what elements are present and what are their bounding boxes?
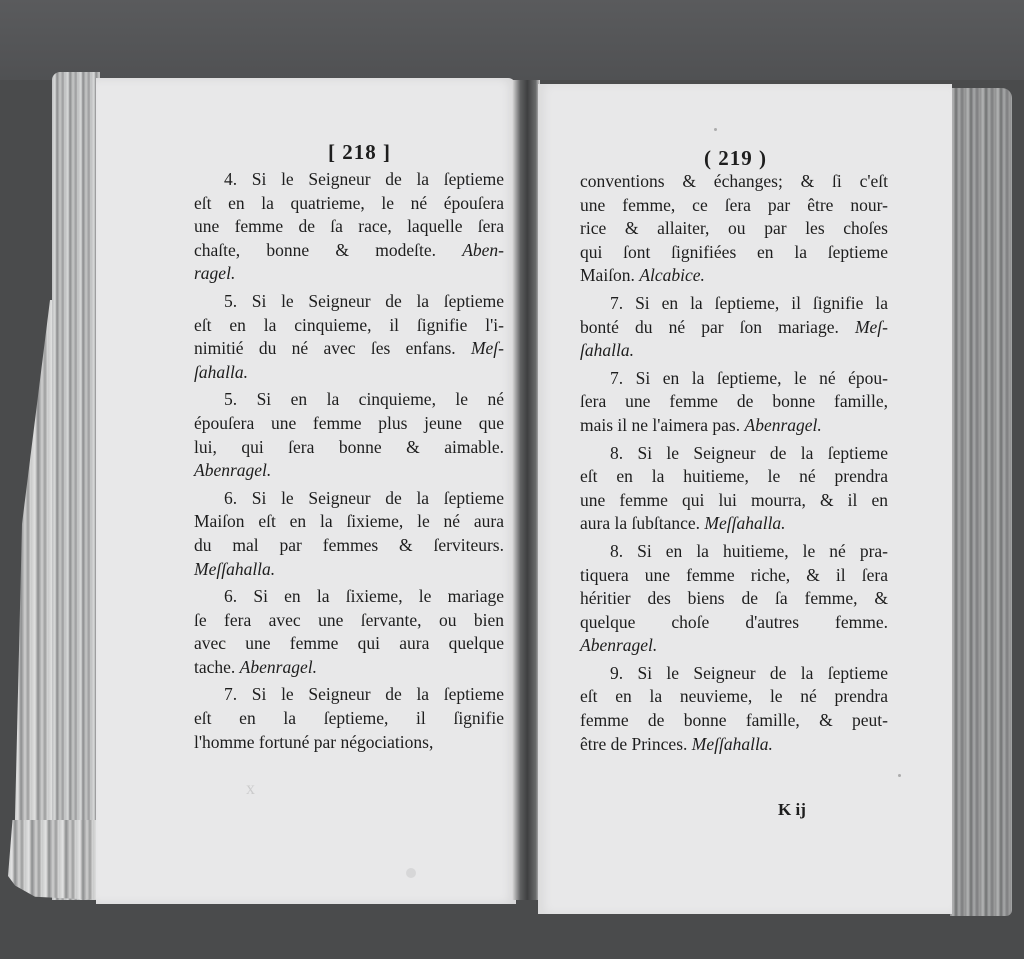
text-run: épouſera une femme plus jeune que [194,413,504,433]
text-run: une femme de ſa race, laquelle ſera [194,216,504,236]
text-line: eſt en la cinquieme, il ſignifie l'i- [194,314,504,338]
text-line: conventions & échanges; & ſi c'eſt [580,170,888,194]
book-gutter [512,80,540,900]
text-run: lui, qui ſera bonne & aimable. [194,437,504,457]
text-line: 7. Si en la ſeptieme, il ſignifie la [580,292,888,316]
author-attribution: ragel. [194,263,235,283]
text-line: 7. Si en la ſeptieme, le né épou- [580,367,888,391]
text-line: héritier des biens de ſa femme, & [580,587,888,611]
right-page-text: conventions & échanges; & ſi c'eſtune fe… [580,170,888,760]
paragraph: conventions & échanges; & ſi c'eſtune fe… [580,170,888,288]
author-attribution: ſahalla. [194,362,248,382]
author-attribution: Meſſahalla. [194,559,275,579]
left-page-text: 4. Si le Seigneur de la ſeptiemeeſt en l… [194,168,504,758]
text-run: aura la ſubſtance. [580,513,704,533]
text-line: une femme qui lui mourra, & il en [580,489,888,513]
text-line: 6. Si en la ſixieme, le mariage [194,585,504,609]
paragraph: 7. Si le Seigneur de la ſeptiemeeſt en l… [194,683,504,754]
text-run: ſe fera avec une ſervante, ou bien [194,610,504,630]
text-run: 5. Si le Seigneur de la ſeptieme [224,291,504,311]
text-line: Maiſon. Alcabice. [580,264,888,288]
author-attribution: Meſ- [471,338,504,358]
text-line: eſt en la huitieme, le né prendra [580,465,888,489]
page-number-left: [ 218 ] [328,140,391,165]
text-line: épouſera une femme plus jeune que [194,412,504,436]
text-run: nimitié du né avec ſes enfans. [194,338,471,358]
text-run: mais il ne l'aimera pas. [580,415,745,435]
text-run: avec une femme qui aura quelque [194,633,504,653]
paragraph: 8. Si le Seigneur de la ſeptiemeeſt en l… [580,442,888,536]
paragraph: 9. Si le Seigneur de la ſeptiemeeſt en l… [580,662,888,756]
author-attribution: Abenragel. [745,415,822,435]
text-line: 5. Si le Seigneur de la ſeptieme [194,290,504,314]
bleed-through-mark: x [246,778,255,799]
paragraph: 5. Si en la cinquieme, le néépouſera une… [194,388,504,482]
text-run: 7. Si en la ſeptieme, il ſignifie la [610,293,888,313]
author-attribution: Meſſahalla. [704,513,785,533]
paragraph: 8. Si en la huitieme, le né pra-tiquera … [580,540,888,658]
text-run: une femme, ce ſera par être nour- [580,195,888,215]
text-line: eſt en la neuvieme, le né prendra [580,685,888,709]
right-page-edges [950,88,1012,916]
text-line: l'homme fortuné par négociations, [194,731,504,755]
paragraph: 6. Si le Seigneur de la ſeptiemeMaiſon e… [194,487,504,581]
text-line: ſahalla. [194,361,504,385]
text-line: eſt en la quatrieme, le né épouſera [194,192,504,216]
text-line: une femme de ſa race, laquelle ſera [194,215,504,239]
text-run: 7. Si en la ſeptieme, le né épou- [610,368,888,388]
text-line: qui ſont ſignifiées en la ſeptieme [580,241,888,265]
text-line: femme de bonne famille, & peut- [580,709,888,733]
paragraph: 6. Si en la ſixieme, le mariageſe fera a… [194,585,504,679]
text-run: 5. Si en la cinquieme, le né [224,389,504,409]
text-line: lui, qui ſera bonne & aimable. [194,436,504,460]
left-page-edges-bottom [8,820,98,900]
text-line: 6. Si le Seigneur de la ſeptieme [194,487,504,511]
paper-speck [714,128,717,131]
author-attribution: ſahalla. [580,340,634,360]
text-run: tiquera une femme riche, & il ſera [580,565,888,585]
text-run: 4. Si le Seigneur de la ſeptieme [224,169,504,189]
text-run: eſt en la huitieme, le né prendra [580,466,888,486]
text-line: ſahalla. [580,339,888,363]
text-run: qui ſont ſignifiées en la ſeptieme [580,242,888,262]
text-line: Meſſahalla. [194,558,504,582]
author-attribution: Abenragel. [580,635,657,655]
text-run: eſt en la cinquieme, il ſignifie l'i- [194,315,504,335]
text-line: 8. Si en la huitieme, le né pra- [580,540,888,564]
text-line: aura la ſubſtance. Meſſahalla. [580,512,888,536]
paper-stain [406,868,416,878]
open-book: [ 218 ] 4. Si le Seigneur de la ſeptieme… [0,0,1024,959]
author-attribution: Abenragel. [240,657,317,677]
text-line: tache. Abenragel. [194,656,504,680]
text-run: l'homme fortuné par négociations, [194,732,433,752]
author-attribution: Meſſahalla. [692,734,773,754]
text-line: Maiſon eſt en la ſixieme, le né aura [194,510,504,534]
text-line: être de Princes. Meſſahalla. [580,733,888,757]
text-line: rice & allaiter, ou par les choſes [580,217,888,241]
text-run: 6. Si le Seigneur de la ſeptieme [224,488,504,508]
signature-mark: K ij [778,800,806,820]
text-line: chaſte, bonne & modeſte. Aben- [194,239,504,263]
text-line: 7. Si le Seigneur de la ſeptieme [194,683,504,707]
text-line: mais il ne l'aimera pas. Abenragel. [580,414,888,438]
left-page-edges [52,72,100,900]
paragraph: 5. Si le Seigneur de la ſeptiemeeſt en l… [194,290,504,384]
text-line: 8. Si le Seigneur de la ſeptieme [580,442,888,466]
text-line: 9. Si le Seigneur de la ſeptieme [580,662,888,686]
text-line: avec une femme qui aura quelque [194,632,504,656]
text-run: 7. Si le Seigneur de la ſeptieme [224,684,504,704]
paragraph: 7. Si en la ſeptieme, il ſignifie labont… [580,292,888,363]
text-run: ſera une femme de bonne famille, [580,391,888,411]
text-run: Maiſon eſt en la ſixieme, le né aura [194,511,504,531]
left-page: [ 218 ] 4. Si le Seigneur de la ſeptieme… [96,78,516,904]
text-line: bonté du né par ſon mariage. Meſ- [580,316,888,340]
text-run: Maiſon. [580,265,639,285]
text-run: héritier des biens de ſa femme, & [580,588,888,608]
text-run: du mal par femmes & ſerviteurs. [194,535,504,555]
text-run: tache. [194,657,240,677]
text-line: Abenragel. [580,634,888,658]
text-run: femme de bonne famille, & peut- [580,710,888,730]
text-run: rice & allaiter, ou par les choſes [580,218,888,238]
text-run: eſt en la quatrieme, le né épouſera [194,193,504,213]
text-line: nimitié du né avec ſes enfans. Meſ- [194,337,504,361]
paper-speck [898,774,901,777]
author-attribution: Meſ- [855,317,888,337]
text-line: ſera une femme de bonne famille, [580,390,888,414]
text-line: quelque choſe d'autres femme. [580,611,888,635]
text-run: une femme qui lui mourra, & il en [580,490,888,510]
text-line: 4. Si le Seigneur de la ſeptieme [194,168,504,192]
text-run: 6. Si en la ſixieme, le mariage [224,586,504,606]
text-line: du mal par femmes & ſerviteurs. [194,534,504,558]
paragraph: 7. Si en la ſeptieme, le né épou-ſera un… [580,367,888,438]
text-run: chaſte, bonne & modeſte. [194,240,462,260]
text-line: Abenragel. [194,459,504,483]
text-run: eſt en la neuvieme, le né prendra [580,686,888,706]
text-run: eſt en la ſeptieme, il ſignifie [194,708,504,728]
text-run: conventions & échanges; & ſi c'eſt [580,171,888,191]
text-line: tiquera une femme riche, & il ſera [580,564,888,588]
text-run: quelque choſe d'autres femme. [580,612,888,632]
text-line: une femme, ce ſera par être nour- [580,194,888,218]
paragraph: 4. Si le Seigneur de la ſeptiemeeſt en l… [194,168,504,286]
text-run: être de Princes. [580,734,692,754]
page-number-right: ( 219 ) [704,146,767,171]
author-attribution: Alcabice. [639,265,705,285]
text-run: 8. Si en la huitieme, le né pra- [610,541,888,561]
text-line: eſt en la ſeptieme, il ſignifie [194,707,504,731]
text-line: 5. Si en la cinquieme, le né [194,388,504,412]
text-run: 9. Si le Seigneur de la ſeptieme [610,663,888,683]
right-page: ( 219 ) conventions & échanges; & ſi c'e… [538,84,952,914]
text-run: 8. Si le Seigneur de la ſeptieme [610,443,888,463]
author-attribution: Aben- [462,240,504,260]
text-line: ragel. [194,262,504,286]
author-attribution: Abenragel. [194,460,271,480]
text-line: ſe fera avec une ſervante, ou bien [194,609,504,633]
text-run: bonté du né par ſon mariage. [580,317,855,337]
